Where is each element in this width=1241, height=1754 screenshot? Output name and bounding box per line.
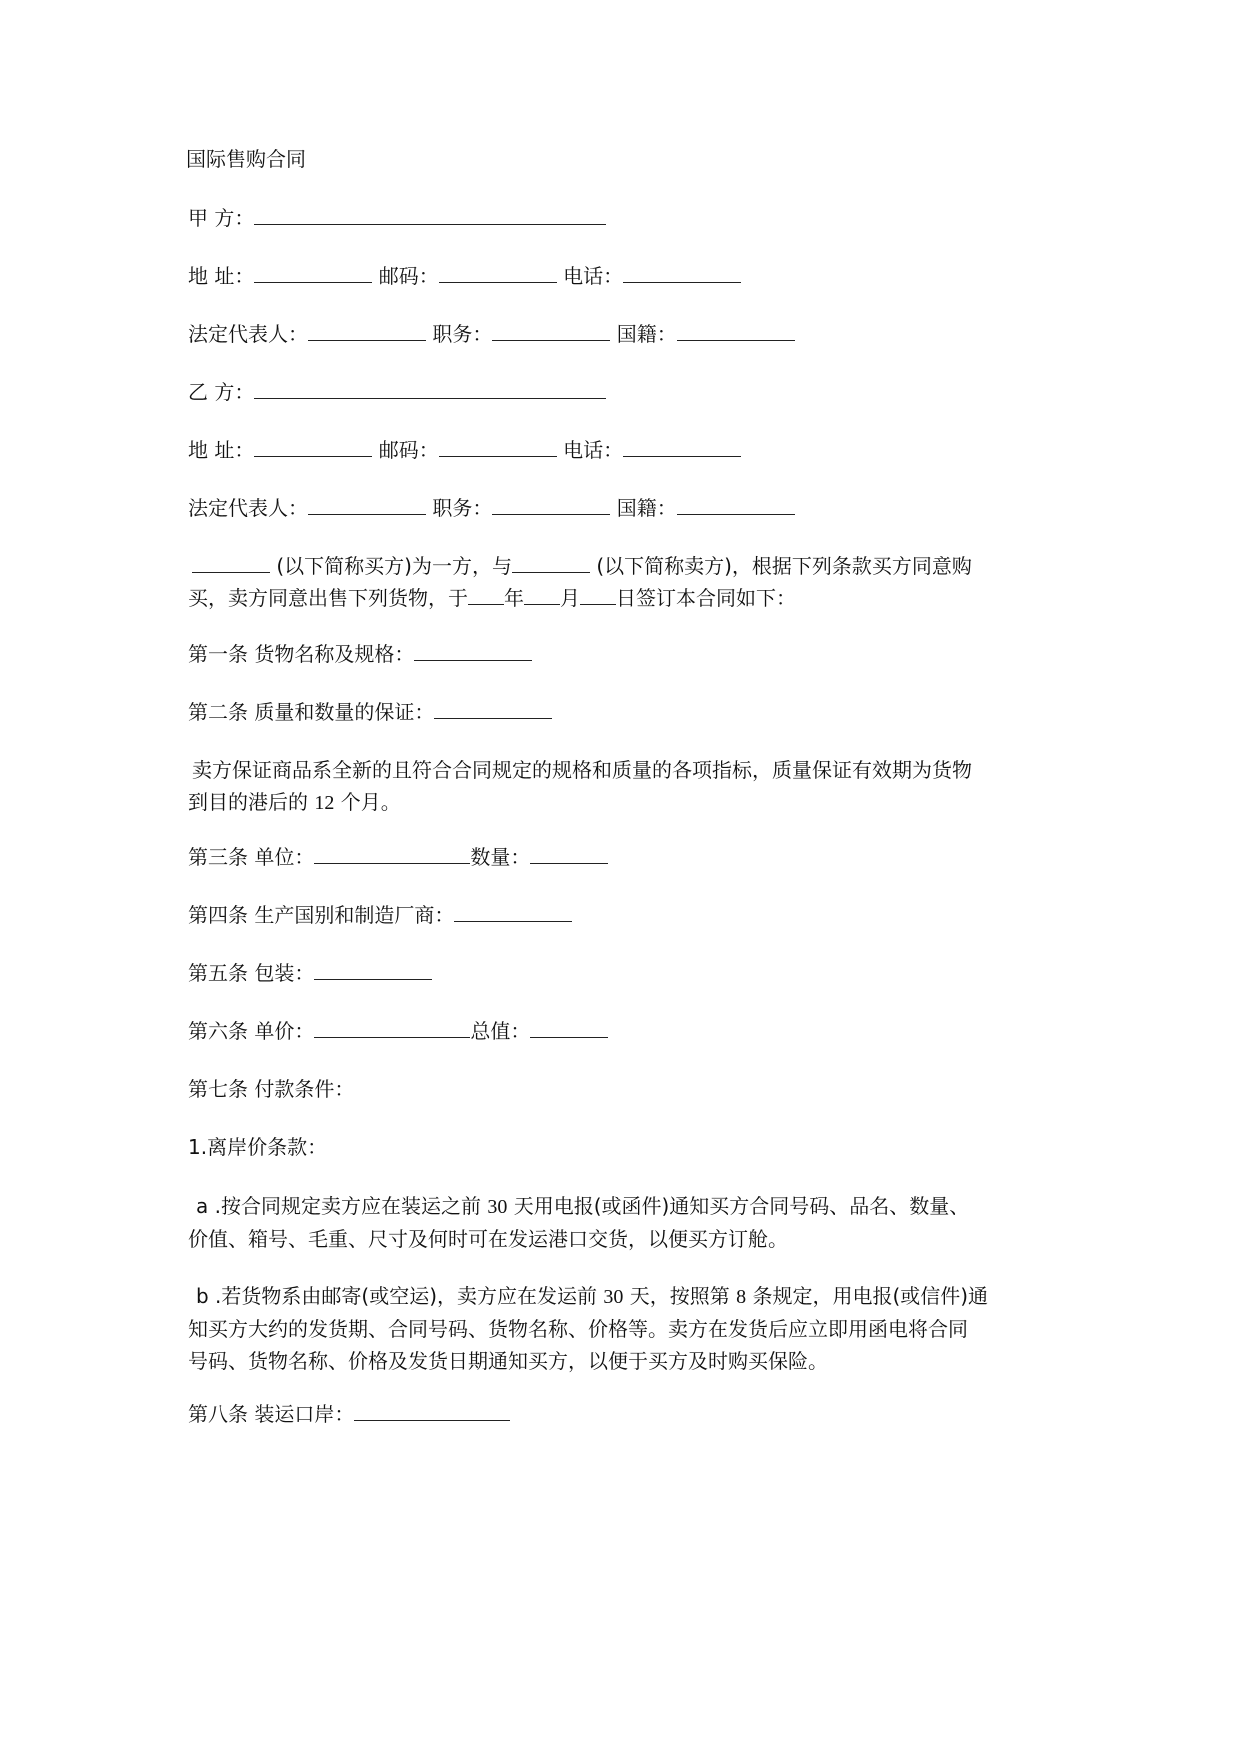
warranty-months: 12 [314, 792, 334, 814]
unit-price-field[interactable] [314, 1017, 470, 1038]
party-b-nationality-field[interactable] [677, 494, 795, 515]
month-label: 月 [560, 586, 580, 610]
article-4-label: 第四条 生产国别和制造厂商： [188, 903, 454, 927]
party-b-legal-rep-field[interactable] [308, 494, 426, 515]
party-b-phone-field[interactable] [623, 436, 741, 457]
item-b-text-3: 条规定，用电报(或信件)通 [752, 1284, 988, 1308]
article-3-qty-label: 数量： [470, 845, 530, 869]
article-7-item-b: b .若货物系由邮寄(或空运)，卖方应在发运前 30 天，按照第 8 条规定，用… [188, 1280, 1058, 1377]
article-8-label: 第八条 装运口岸： [188, 1402, 354, 1426]
party-b-position-label: 职务： [432, 496, 492, 520]
party-b-rep-line: 法定代表人： 职务： 国籍： [188, 494, 795, 522]
article-7-label: 第七条 付款条件： [188, 1077, 354, 1101]
article-2-text-line-2b: 个月。 [341, 790, 401, 814]
item-b-article-ref: 8 [736, 1286, 746, 1308]
month-field[interactable] [524, 584, 560, 605]
party-a-position-field[interactable] [492, 320, 610, 341]
article-1: 第一条 货物名称及规格： [188, 640, 532, 668]
item-b-text-1: b .若货物系由邮寄(或空运)，卖方应在发运前 [196, 1284, 597, 1308]
party-b-nationality-label: 国籍： [617, 496, 677, 520]
preamble-text-3: 买，卖方同意出售下列货物，于 [188, 586, 468, 610]
preamble-paragraph: (以下简称买方)为一方，与 (以下简称卖方)，根据下列条款买方同意购 买，卖方同… [188, 550, 1058, 614]
buyer-name-field[interactable] [192, 552, 270, 573]
item-a-text-1: a .按合同规定卖方应在装运之前 [196, 1194, 481, 1218]
party-a-phone-label: 电话： [563, 264, 623, 288]
article-3-unit-label: 第三条 单位： [188, 845, 314, 869]
document-title: 国际售购合同 [186, 145, 306, 173]
article-2-field[interactable] [434, 698, 552, 719]
party-a-position-label: 职务： [432, 322, 492, 346]
party-b-address-field[interactable] [254, 436, 372, 457]
party-a-nationality-label: 国籍： [617, 322, 677, 346]
article-8: 第八条 装运口岸： [188, 1400, 510, 1428]
party-a-rep-line: 法定代表人： 职务： 国籍： [188, 320, 795, 348]
preamble-text-1: (以下简称买方)为一方，与 [276, 554, 512, 578]
item-b-text-4: 知买方大约的发货期、合同号码、货物名称、价格等。卖方在发货后应立即用函电将合同 [188, 1313, 1058, 1345]
article-5: 第五条 包装： [188, 959, 432, 987]
party-a-field[interactable] [254, 204, 606, 225]
packing-field[interactable] [314, 959, 432, 980]
article-2-text-line-2a: 到目的港后的 [188, 790, 308, 814]
party-b-postcode-label: 邮码： [379, 438, 439, 462]
article-6-price-label: 第六条 单价： [188, 1019, 314, 1043]
party-b-legal-rep-label: 法定代表人： [188, 496, 308, 520]
item-a-text-3: 价值、箱号、毛重、尺寸及何时可在发运港口交货，以便买方订舱。 [188, 1223, 1058, 1255]
item-b-text-2: 天，按照第 [630, 1284, 730, 1308]
item-a-days: 30 [487, 1196, 507, 1218]
article-7: 第七条 付款条件： [188, 1075, 354, 1103]
article-2-text-line-1: 卖方保证商品系全新的且符合合同规定的规格和质量的各项指标，质量保证有效期为货物 [188, 754, 1058, 786]
preamble-text-4: 日签订本合同如下： [616, 586, 796, 610]
article-3: 第三条 单位：数量： [188, 843, 608, 871]
total-value-field[interactable] [530, 1017, 608, 1038]
article-2-text: 卖方保证商品系全新的且符合合同规定的规格和质量的各项指标，质量保证有效期为货物 … [188, 754, 1058, 819]
unit-field[interactable] [314, 843, 470, 864]
document-page: 国际售购合同 甲 方： 地 址： 邮码： 电话： 法定代表人： 职务： 国籍： … [0, 0, 1241, 1754]
article-6: 第六条 单价：总值： [188, 1017, 608, 1045]
manufacturer-field[interactable] [454, 901, 572, 922]
party-a-legal-rep-field[interactable] [308, 320, 426, 341]
item-b-days: 30 [603, 1286, 623, 1308]
party-a-postcode-label: 邮码： [379, 264, 439, 288]
quantity-field[interactable] [530, 843, 608, 864]
party-b-line: 乙 方： [188, 378, 606, 406]
fob-terms-label: 1.离岸价条款： [188, 1135, 327, 1159]
article-7-item-a: a .按合同规定卖方应在装运之前 30 天用电报(或函件)通知买方合同号码、品名… [188, 1190, 1058, 1255]
party-a-contact-line: 地 址： 邮码： 电话： [188, 262, 741, 290]
article-1-label: 第一条 货物名称及规格： [188, 642, 414, 666]
article-4: 第四条 生产国别和制造厂商： [188, 901, 572, 929]
party-a-nationality-field[interactable] [677, 320, 795, 341]
party-a-phone-field[interactable] [623, 262, 741, 283]
day-field[interactable] [580, 584, 616, 605]
party-a-address-label: 地 址： [188, 264, 254, 288]
party-b-label: 乙 方： [188, 380, 254, 404]
party-b-position-field[interactable] [492, 494, 610, 515]
party-a-label: 甲 方： [188, 206, 254, 230]
article-2-label: 第二条 质量和数量的保证： [188, 700, 434, 724]
article-5-label: 第五条 包装： [188, 961, 314, 985]
party-b-field[interactable] [254, 378, 606, 399]
article-7-item-1: 1.离岸价条款： [188, 1133, 327, 1161]
article-1-field[interactable] [414, 640, 532, 661]
year-field[interactable] [468, 584, 504, 605]
item-a-text-2: 天用电报(或函件)通知买方合同号码、品名、数量、 [514, 1194, 970, 1218]
party-a-postcode-field[interactable] [439, 262, 557, 283]
party-a-line: 甲 方： [188, 204, 606, 232]
year-label: 年 [504, 586, 524, 610]
seller-name-field[interactable] [512, 552, 590, 573]
party-b-address-label: 地 址： [188, 438, 254, 462]
party-b-contact-line: 地 址： 邮码： 电话： [188, 436, 741, 464]
article-6-total-label: 总值： [470, 1019, 530, 1043]
party-b-phone-label: 电话： [563, 438, 623, 462]
party-a-address-field[interactable] [254, 262, 372, 283]
preamble-text-2: (以下简称卖方)，根据下列条款买方同意购 [596, 554, 972, 578]
party-b-postcode-field[interactable] [439, 436, 557, 457]
loading-port-field[interactable] [354, 1400, 510, 1421]
party-a-legal-rep-label: 法定代表人： [188, 322, 308, 346]
article-2: 第二条 质量和数量的保证： [188, 698, 552, 726]
item-b-text-5: 号码、货物名称、价格及发货日期通知买方，以便于买方及时购买保险。 [188, 1345, 1058, 1377]
